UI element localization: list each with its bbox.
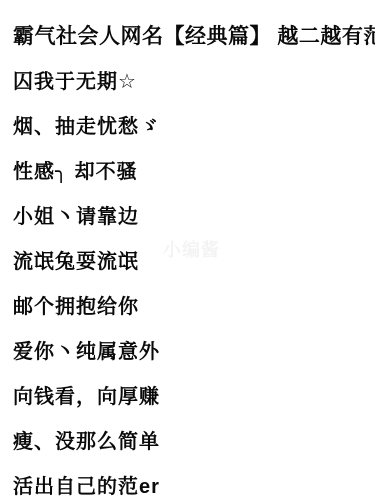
name-list-item: 性感╮ 却不骚 (13, 155, 138, 184)
name-list-row: 活出自己的范er (0, 462, 375, 500)
name-list-item: 爱你丶纯属意外 (13, 335, 160, 364)
name-list-item: 小姐丶请靠边 (13, 200, 139, 229)
name-list-row: 烟、抽走忧愁ゞ (0, 102, 375, 147)
name-list-item: 向钱看，向厚赚 (13, 380, 160, 409)
name-list-row: 囚我于无期☆ (0, 57, 375, 102)
title-row: 霸气社会人网名【经典篇】 越二越有范er (0, 12, 375, 57)
name-list-item: 流氓兔耍流氓 (13, 245, 139, 274)
name-list-item: 邮个拥抱给你 (13, 290, 139, 319)
name-list-row: 小姐丶请靠边 (0, 192, 375, 237)
name-list-row: 流氓兔耍流氓 (0, 237, 375, 282)
name-list-item: 囚我于无期☆ (13, 65, 137, 94)
name-list-row: 邮个拥抱给你 (0, 282, 375, 327)
name-list-row: 爱你丶纯属意外 (0, 327, 375, 372)
name-list-row: 性感╮ 却不骚 (0, 147, 375, 192)
name-list-row: 向钱看，向厚赚 (0, 372, 375, 417)
name-list-item: 活出自己的范er (13, 470, 160, 499)
page-title: 霸气社会人网名【经典篇】 越二越有范er (13, 20, 375, 50)
article-page: 霸气社会人网名【经典篇】 越二越有范er 囚我于无期☆ 烟、抽走忧愁ゞ 性感╮ … (0, 0, 375, 500)
name-list-item: 烟、抽走忧愁ゞ (13, 110, 160, 139)
name-list: 囚我于无期☆ 烟、抽走忧愁ゞ 性感╮ 却不骚 小姐丶请靠边 流氓兔耍流氓 邮个拥… (0, 57, 375, 500)
name-list-item: 瘦、没那么简单 (13, 425, 160, 454)
name-list-row: 瘦、没那么简单 (0, 417, 375, 462)
